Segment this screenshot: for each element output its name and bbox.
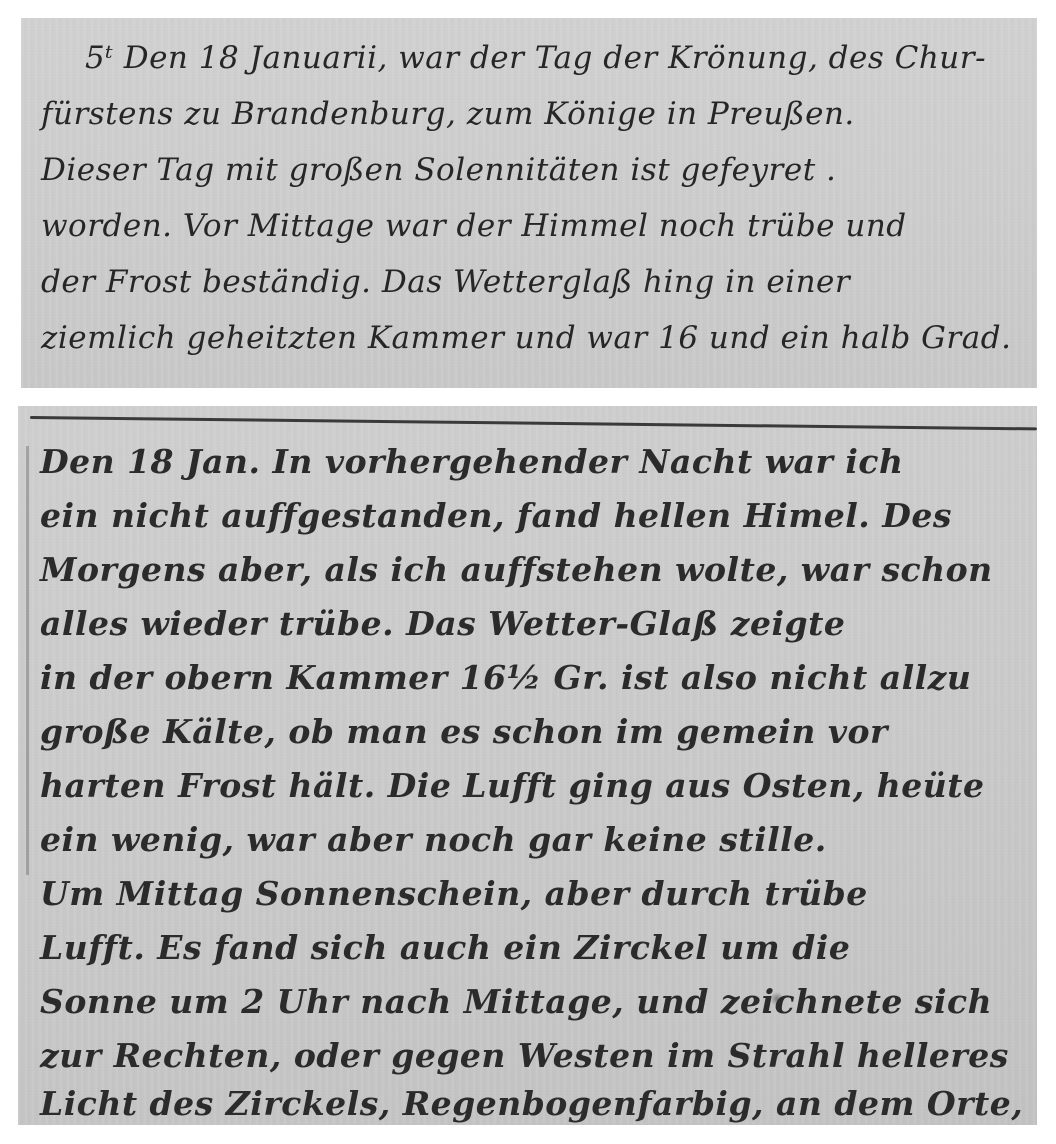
text-line: ein wenig, war aber noch gar keine still… — [40, 820, 827, 859]
text-line: Dieser Tag mit großen Solennitäten ist g… — [41, 152, 836, 188]
text-line: harten Frost hält. Die Lufft ging aus Os… — [40, 766, 985, 805]
manuscript-excerpt-top: 5ᵗ Den 18 Januarii, war der Tag der Krön… — [21, 18, 1037, 388]
text-line: Den 18 Jan. In vorhergehender Nacht war … — [40, 442, 903, 481]
text-line: alles wieder trübe. Das Wetter-Glaß zeig… — [40, 604, 845, 643]
text-line: Morgens aber, als ich auffstehen wolte, … — [40, 550, 993, 589]
text-line: Licht des Zirckels, Regenbogenfarbig, an… — [40, 1084, 1023, 1123]
text-line: Lufft. Es fand sich auch ein Zirckel um … — [40, 928, 850, 967]
excerpt-bottom-text: Den 18 Jan. In vorhergehender Nacht war … — [18, 406, 1037, 1125]
text-line: Um Mittag Sonnenschein, aber durch trübe — [40, 874, 868, 913]
text-line: ein nicht auffgestanden, fand hellen Him… — [40, 496, 952, 535]
text-line: ziemlich geheitzten Kammer und war 16 un… — [41, 320, 1011, 356]
text-line: 5ᵗ Den 18 Januarii, war der Tag der Krön… — [85, 40, 986, 76]
text-line: fürstens zu Brandenburg, zum Könige in P… — [41, 96, 855, 132]
excerpt-top-text: 5ᵗ Den 18 Januarii, war der Tag der Krön… — [21, 18, 1037, 388]
manuscript-excerpt-bottom: Den 18 Jan. In vorhergehender Nacht war … — [18, 406, 1037, 1125]
text-line: in der obern Kammer 16½ Gr. ist also nic… — [40, 658, 971, 697]
text-line: große Kälte, ob man es schon im gemein v… — [40, 712, 888, 751]
text-line: zur Rechten, oder gegen Westen im Strahl… — [40, 1036, 1009, 1075]
text-line: Sonne um 2 Uhr nach Mittage, und zeichne… — [40, 982, 992, 1021]
text-line: der Frost beständig. Das Wetterglaß hing… — [41, 264, 850, 300]
text-line: worden. Vor Mittage war der Himmel noch … — [41, 208, 907, 244]
